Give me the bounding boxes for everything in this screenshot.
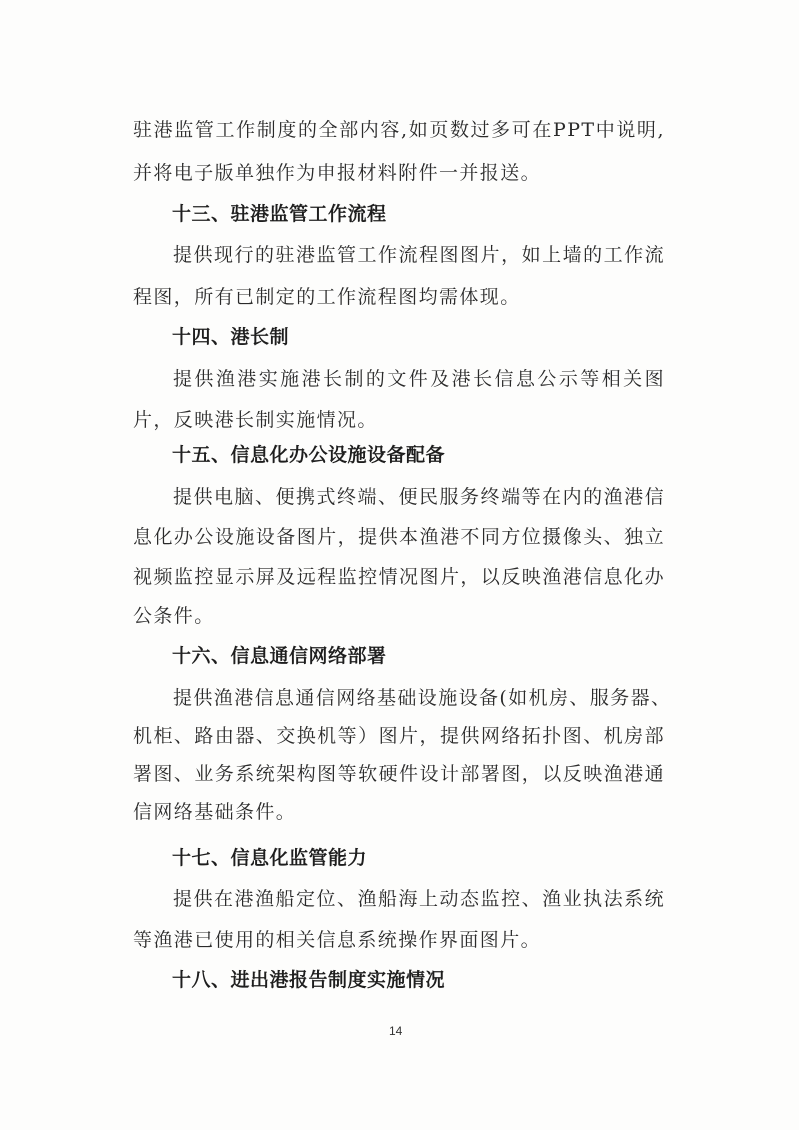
paragraph-line: 提供电脑、便携式终端、便民服务终端等在内的渔港信 bbox=[173, 482, 665, 512]
paragraph-line: 署图、业务系统架构图等软硬件设计部署图，以反映渔港通 bbox=[133, 759, 665, 789]
paragraph-line: 提供渔港信息通信网络基础设施设备(如机房、服务器、 bbox=[173, 683, 665, 713]
section-heading-14: 十四、港长制 bbox=[172, 322, 289, 352]
paragraph-line: 程图，所有已制定的工作流程图均需体现。 bbox=[133, 282, 665, 312]
section-heading-18: 十八、进出港报告制度实施情况 bbox=[172, 965, 445, 995]
paragraph-line: 提供在港渔船定位、渔船海上动态监控、渔业执法系统 bbox=[173, 884, 665, 914]
section-heading-15: 十五、信息化办公设施设备配备 bbox=[172, 440, 445, 470]
paragraph-line: 视频监控显示屏及远程监控情况图片，以反映渔港信息化办 bbox=[133, 562, 665, 592]
paragraph-line: 并将电子版单独作为申报材料附件一并报送。 bbox=[133, 158, 665, 188]
paragraph-line: 机柜、路由器、交换机等）图片，提供网络拓扑图、机房部 bbox=[133, 721, 665, 751]
paragraph-line: 信网络基础条件。 bbox=[133, 797, 665, 827]
paragraph-line: 提供现行的驻港监管工作流程图图片，如上墙的工作流 bbox=[173, 240, 665, 270]
section-heading-17: 十七、信息化监管能力 bbox=[172, 843, 367, 873]
paragraph-line: 提供渔港实施港长制的文件及港长信息公示等相关图 bbox=[173, 364, 665, 394]
page-number: 14 bbox=[389, 1024, 402, 1038]
paragraph-line: 片，反映港长制实施情况。 bbox=[133, 405, 665, 435]
paragraph-line: 公条件。 bbox=[133, 601, 665, 631]
section-heading-16: 十六、信息通信网络部署 bbox=[172, 641, 387, 671]
paragraph-line: 等渔港已使用的相关信息系统操作界面图片。 bbox=[133, 925, 665, 955]
paragraph-line: 驻港监管工作制度的全部内容,如页数过多可在PPT中说明, bbox=[133, 115, 665, 145]
section-heading-13: 十三、驻港监管工作流程 bbox=[172, 199, 387, 229]
paragraph-line: 息化办公设施设备图片，提供本渔港不同方位摄像头、独立 bbox=[133, 522, 665, 552]
document-page: 驻港监管工作制度的全部内容,如页数过多可在PPT中说明, 并将电子版单独作为申报… bbox=[0, 0, 799, 1130]
